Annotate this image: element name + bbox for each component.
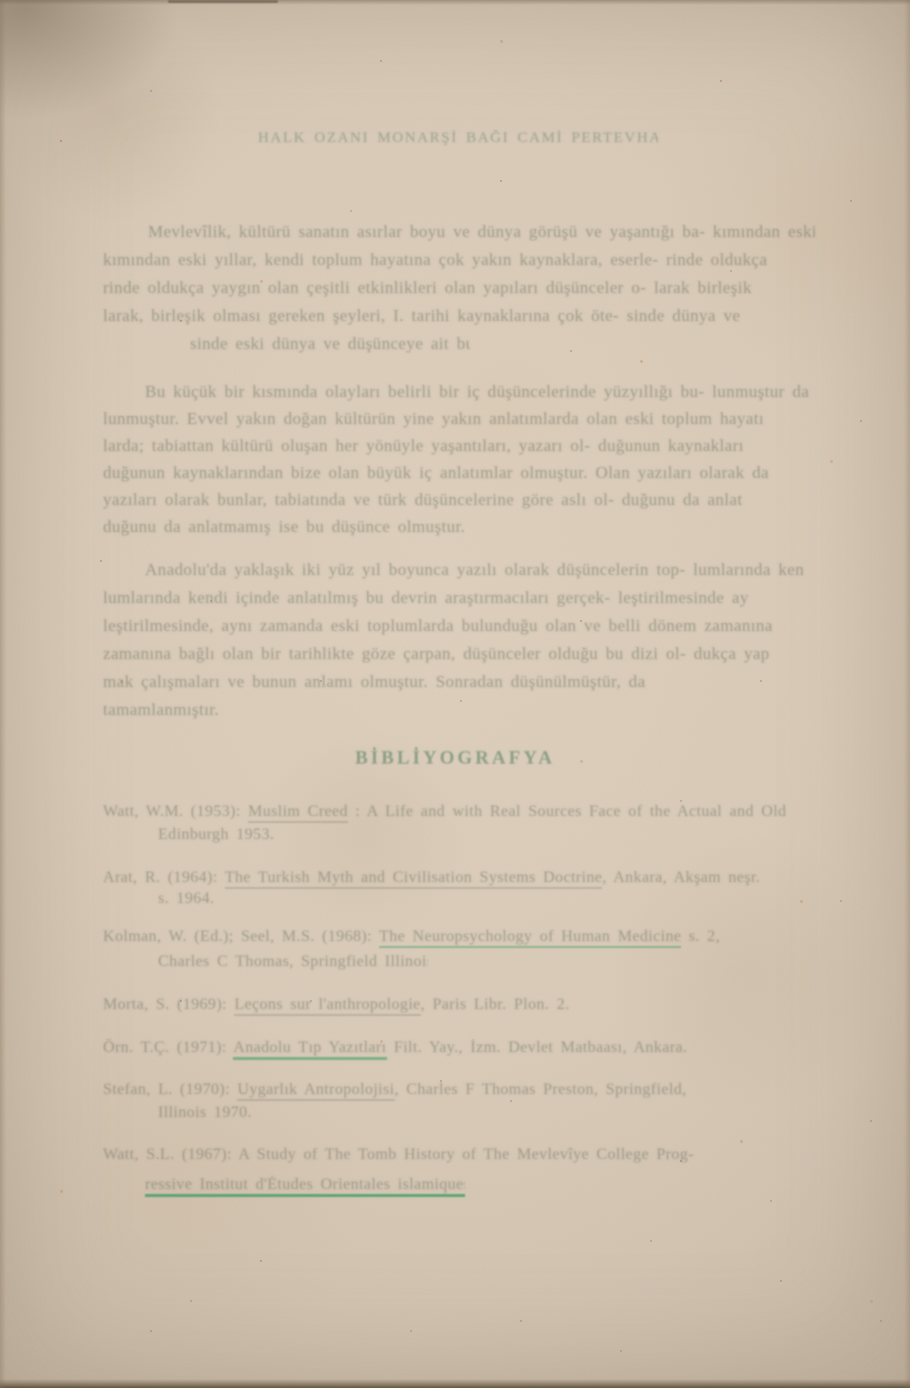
bib-underlined-title: The Turkish Myth and Civilisation System… [225, 869, 603, 889]
scanned-document-page: HALK OZANI MONARŞİ BAĞI CAMİ PERTEVHAN M… [0, 0, 910, 1388]
bib-rest: : A Life and with Real Sources Face of t… [348, 803, 787, 820]
bibliography-entry-line: Watt, W.M. (1953): Muslim Creed : A Life… [103, 803, 815, 825]
bib-rest: , Charles F Thomas Preston, Springfield, [395, 1081, 687, 1098]
paragraph-line: duğunun kaynaklarından bize olan büyük i… [103, 463, 815, 487]
bib-author: Watt, W.M. (1953): [103, 803, 248, 820]
bib-author: Watt, S.L. (1967): [103, 1146, 238, 1163]
bib-rest: Filt. Yay., İzm. Devlet Matbaası, Ankara… [387, 1039, 688, 1056]
paragraph-line: duğunu da anlatmamış ise bu düşünce olmu… [103, 517, 585, 541]
paragraph-line: Anadolu'da yaklaşık iki yüz yıl boyunca … [145, 560, 815, 584]
paragraph-line: rinde oldukça yaygın olan çeşitli etkinl… [103, 278, 815, 302]
paragraph-line: kımından eski yıllar, kendi toplum hayat… [103, 250, 815, 274]
bibliography-entry-line: Stefan, L. (1970): Uygarlık Antropolojis… [103, 1081, 763, 1103]
paper-speckles [500, 40, 503, 43]
paragraph-line: lunmuştur. Evvel yakın doğan kültürün yi… [103, 409, 815, 433]
paper-speckles [60, 140, 62, 142]
paragraph-line: yazıları olarak bunlar, tabiatında ve tü… [103, 490, 815, 514]
bib-rest: s. 1964. [158, 890, 214, 907]
bibliography-entry-line: Örn. T.Ç. (1971): Anadolu Tıp Yazıtları … [103, 1039, 693, 1061]
bib-underlined-title: Anadolu Tıp Yazıtları [233, 1039, 386, 1060]
paragraph-line: sinde eski dünya ve düşünceye ait bu ols… [190, 334, 470, 358]
bibliography-entry-line: Edinburgh 1953. [158, 826, 318, 848]
bib-author: Morta, S. (1969): [103, 996, 234, 1013]
bibliography-entry-line: Arat, R. (1964): The Turkish Myth and Ci… [103, 869, 803, 891]
bib-rest: Edinburgh 1953. [158, 826, 274, 843]
bib-author: Stefan, L. (1970): [103, 1081, 237, 1098]
bibliography-heading: BİBLİYOGRAFYA [0, 748, 910, 772]
page-edge-shadow-left [0, 0, 6, 1388]
bibliography-entry-line: s. 1964. [158, 890, 228, 912]
paragraph-line: mak çalışmaları ve bunun anlamı olmuştur… [103, 672, 703, 696]
bib-rest: Illinois 1970. [158, 1104, 252, 1121]
bibliography-entry-line: Kolman, W. (Ed.); Seel, M.S. (1968): The… [103, 928, 858, 950]
running-head: HALK OZANI MONARŞİ BAĞI CAMİ PERTEVHAN [258, 130, 658, 154]
page-edge-shadow-top [0, 0, 910, 5]
bib-underlined-title: ressive Institut d'Études Orientales isl… [145, 1176, 465, 1197]
bibliography-entry-line: Watt, S.L. (1967): A Study of The Tomb H… [103, 1146, 813, 1168]
bib-rest: s. 2, [681, 928, 720, 945]
bib-author: Örn. T.Ç. (1971): [103, 1039, 233, 1056]
bib-rest: A Study of The Tomb History of The Mevle… [238, 1146, 694, 1163]
bibliography-entry-line: Morta, S. (1969): Leçons sur l'anthropol… [103, 996, 733, 1018]
bib-rest: Charles C Thomas, Springfield Illinois U… [158, 953, 428, 970]
page-edge-shadow-right [904, 0, 910, 1388]
paragraph-line: lumlarında kendi içinde anlatılmış bu de… [103, 588, 815, 612]
bib-underlined-title: Muslim Creed [248, 803, 348, 823]
bib-author: Kolman, W. (Ed.); Seel, M.S. (1968): [103, 928, 379, 945]
paragraph-line: larak, birleşik olması gereken şeyleri, … [103, 306, 815, 330]
bib-rest: , Paris Libr. Plon. 2. [421, 996, 570, 1013]
bib-underlined-title: Leçons sur l'anthropologie [234, 996, 420, 1016]
page-edge-shadow-bottom [0, 1379, 910, 1388]
paragraph-line: leştirilmesinde, aynı zamanda eski toplu… [103, 616, 815, 640]
bib-underlined-title: Uygarlık Antropolojisi [237, 1081, 394, 1101]
paragraph-line: larda; tabiattan kültürü oluşan her yönü… [103, 436, 815, 460]
paragraph-line: Bu küçük bir kısmında olayları belirli b… [145, 382, 815, 406]
bibliography-entry-line: ressive Institut d'Études Orientales isl… [145, 1176, 465, 1198]
bibliography-entry-line: Illinois 1970. [158, 1104, 258, 1126]
bib-author: Arat, R. (1964): [103, 869, 225, 886]
bibliography-entry-line: Charles C Thomas, Springfield Illinois U… [158, 953, 428, 975]
bib-rest: , Ankara, Akşam neşr. [602, 869, 760, 886]
bib-underlined-title: The Neuropsychology of Human Medicine [379, 928, 681, 948]
paragraph-line: zamanına bağlı olan bir tarihlikte göze … [103, 644, 815, 668]
page-corner-shadow [0, 0, 180, 120]
paragraph-line: tamamlanmıştır. [103, 700, 263, 724]
paragraph-line: Mevlevîlik, kültürü sanatın asırlar boyu… [148, 222, 815, 246]
